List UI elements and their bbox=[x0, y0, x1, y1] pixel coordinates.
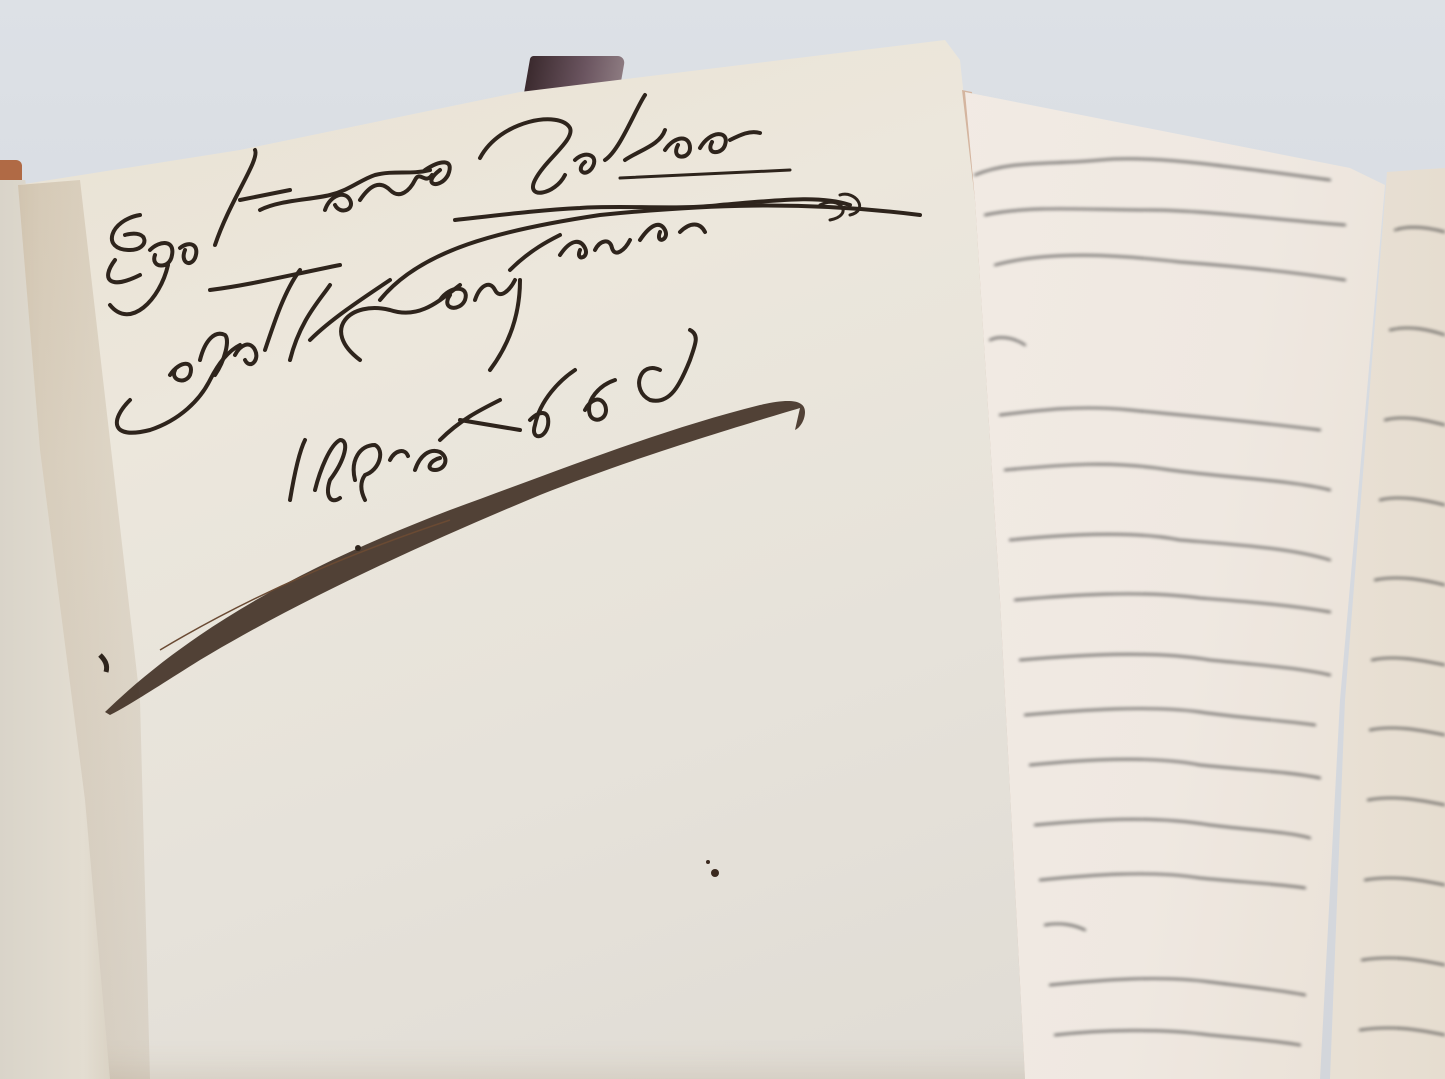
blurred-manuscript-text bbox=[0, 0, 1445, 1079]
